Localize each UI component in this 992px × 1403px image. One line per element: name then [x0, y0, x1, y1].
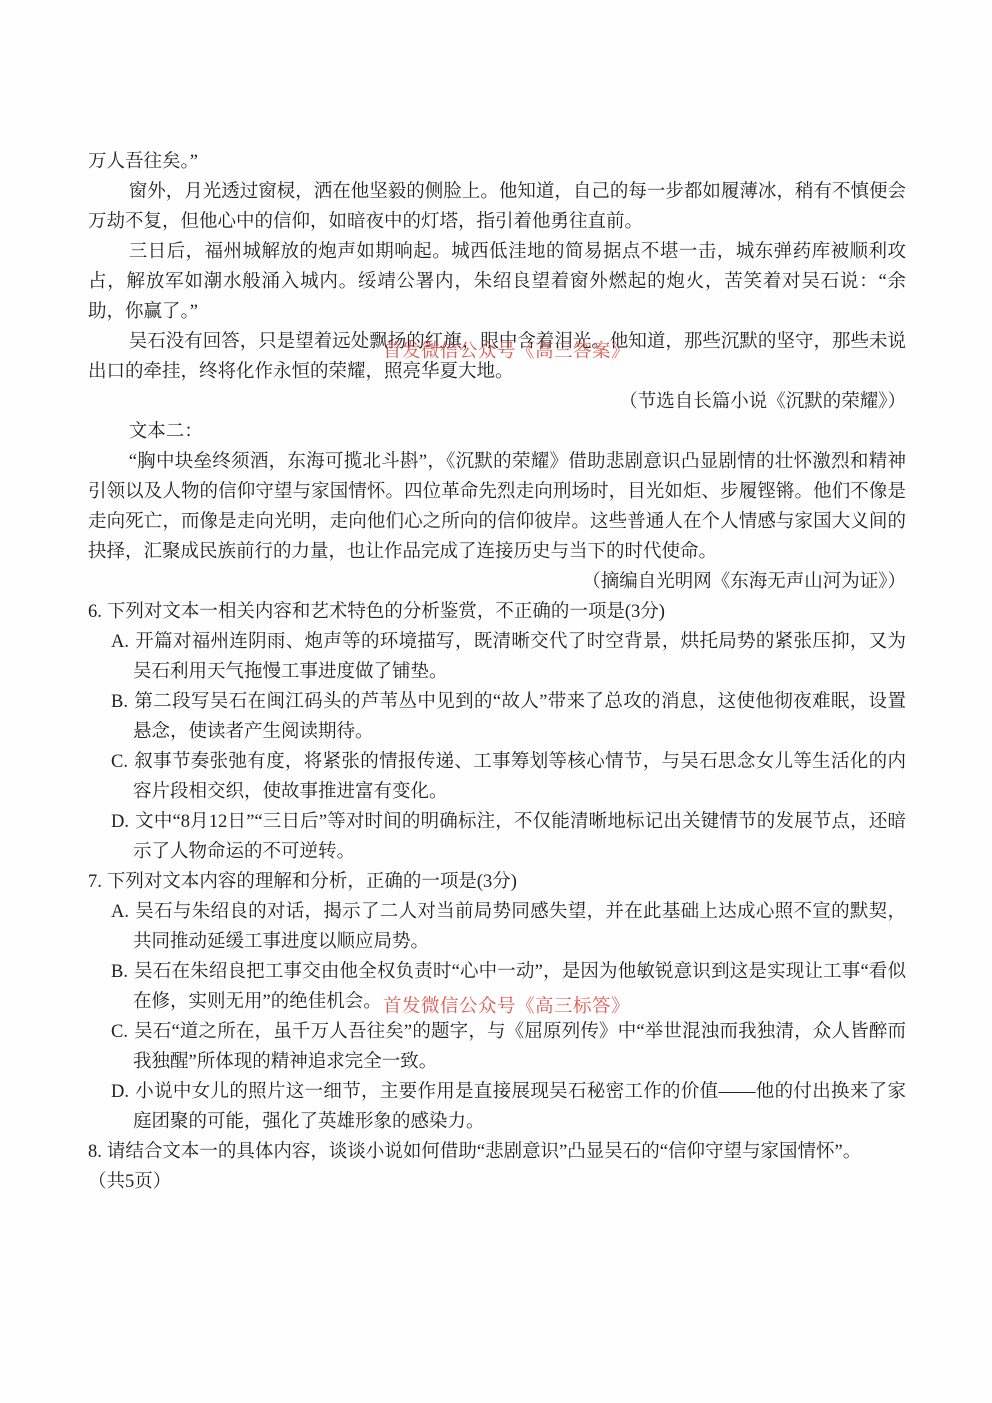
- question-6-stem: 6.下列对文本一相关内容和艺术特色的分析鉴赏，不正确的一项是(3分): [88, 597, 906, 627]
- option-text: 叙事节奏张弛有度，将紧张的情报传递、工事筹划等核心情节，与吴石思念女儿等生活化的…: [133, 752, 906, 802]
- question-number: 7.: [88, 872, 102, 892]
- text-one-paragraph: 万人吾往矣。”: [88, 147, 906, 177]
- question-number: 8.: [88, 1142, 102, 1162]
- option-label: D.: [111, 1082, 129, 1102]
- question-number: 6.: [88, 602, 102, 622]
- option-text: 第二段写吴石在闽江码头的芦苇丛中见到的“故人”带来了总攻的消息，这使他彻夜难眠，…: [133, 692, 906, 742]
- question-6-option-b: B.第二段写吴石在闽江码头的芦苇丛中见到的“故人”带来了总攻的消息，这使他彻夜难…: [88, 687, 906, 747]
- question-7-option-a: A.吴石与朱绍良的对话，揭示了二人对当前局势同感失望，并在此基础上达成心照不宣的…: [88, 897, 906, 957]
- option-text: 小说中女儿的照片这一细节，主要作用是直接展现吴石秘密工作的价值——他的付出换来了…: [133, 1082, 906, 1132]
- red-watermark-top: 首发微信公众号《高三答案》: [383, 341, 630, 363]
- text-one-paragraph: 窗外，月光透过窗棂，洒在他坚毅的侧脸上。他知道，自己的每一步都如履薄冰，稍有不慎…: [88, 177, 906, 237]
- red-watermark-bottom: 首发微信公众号《高三标答》: [383, 996, 630, 1018]
- question-6-option-a: A.开篇对福州连阴雨、炮声等的环境描写，既清晰交代了时空背景，烘托局势的紧张压抑…: [88, 627, 906, 687]
- question-7-option-d: D.小说中女儿的照片这一细节，主要作用是直接展现吴石秘密工作的价值——他的付出换…: [88, 1077, 906, 1137]
- option-label: D.: [111, 812, 129, 832]
- question-8-stem: 8.请结合文本一的具体内容，谈谈小说如何借助“悲剧意识”凸显吴石的“信仰守望与家…: [88, 1137, 906, 1167]
- text-two-attribution: （摘编自光明网《东海无声山河为证》）: [88, 567, 906, 597]
- question-8: 8.请结合文本一的具体内容，谈谈小说如何借助“悲剧意识”凸显吴石的“信仰守望与家…: [88, 1137, 906, 1167]
- option-label: B.: [111, 692, 128, 712]
- text-two-label: 文本二：: [88, 417, 906, 447]
- question-6-option-c: C.叙事节奏张弛有度，将紧张的情报传递、工事筹划等核心情节，与吴石思念女儿等生活…: [88, 747, 906, 807]
- option-text: 吴石“道之所在，虽千万人吾往矣”的题字，与《屈原列传》中“举世混浊而我独清，众人…: [133, 1022, 906, 1072]
- question-7-option-c: C.吴石“道之所在，虽千万人吾往矣”的题字，与《屈原列传》中“举世混浊而我独清，…: [88, 1017, 906, 1077]
- question-stem-text: 下列对文本一相关内容和艺术特色的分析鉴赏，不正确的一项是(3分): [107, 602, 665, 622]
- option-label: A.: [111, 902, 129, 922]
- option-label: B.: [111, 962, 128, 982]
- option-label: C.: [111, 752, 128, 772]
- question-6: 6.下列对文本一相关内容和艺术特色的分析鉴赏，不正确的一项是(3分) A.开篇对…: [88, 597, 906, 867]
- question-stem-text: 请结合文本一的具体内容，谈谈小说如何借助“悲剧意识”凸显吴石的“信仰守望与家国情…: [107, 1142, 861, 1162]
- option-label: C.: [111, 1022, 128, 1042]
- exam-page: 万人吾往矣。” 窗外，月光透过窗棂，洒在他坚毅的侧脸上。他知道，自己的每一步都如…: [0, 0, 992, 1403]
- option-text: 开篇对福州连阴雨、炮声等的环境描写，既清晰交代了时空背景，烘托局势的紧张压抑，又…: [133, 632, 906, 682]
- text-two-paragraph: “胸中块垒终须酒，东海可揽北斗斟”，《沉默的荣耀》借助悲剧意识凸显剧情的壮怀激烈…: [88, 447, 906, 567]
- option-label: A.: [111, 632, 129, 652]
- question-stem-text: 下列对文本内容的理解和分析，正确的一项是(3分): [107, 872, 517, 892]
- question-7-stem: 7.下列对文本内容的理解和分析，正确的一项是(3分): [88, 867, 906, 897]
- option-text: 吴石与朱绍良的对话，揭示了二人对当前局势同感失望，并在此基础上达成心照不宣的默契…: [133, 902, 906, 952]
- text-one-paragraph: 三日后，福州城解放的炮声如期响起。城西低洼地的简易据点不堪一击，城东弹药库被顺利…: [88, 237, 906, 327]
- page-count-footer: （共5页）: [88, 1167, 906, 1197]
- option-text: 文中“8月12日”“三日后”等对时间的明确标注，不仅能清晰地标记出关键情节的发展…: [133, 812, 906, 862]
- page-content: 万人吾往矣。” 窗外，月光透过窗棂，洒在他坚毅的侧脸上。他知道，自己的每一步都如…: [88, 147, 906, 1197]
- text-one-attribution: （节选自长篇小说《沉默的荣耀》）: [88, 387, 906, 417]
- question-6-option-d: D.文中“8月12日”“三日后”等对时间的明确标注，不仅能清晰地标记出关键情节的…: [88, 807, 906, 867]
